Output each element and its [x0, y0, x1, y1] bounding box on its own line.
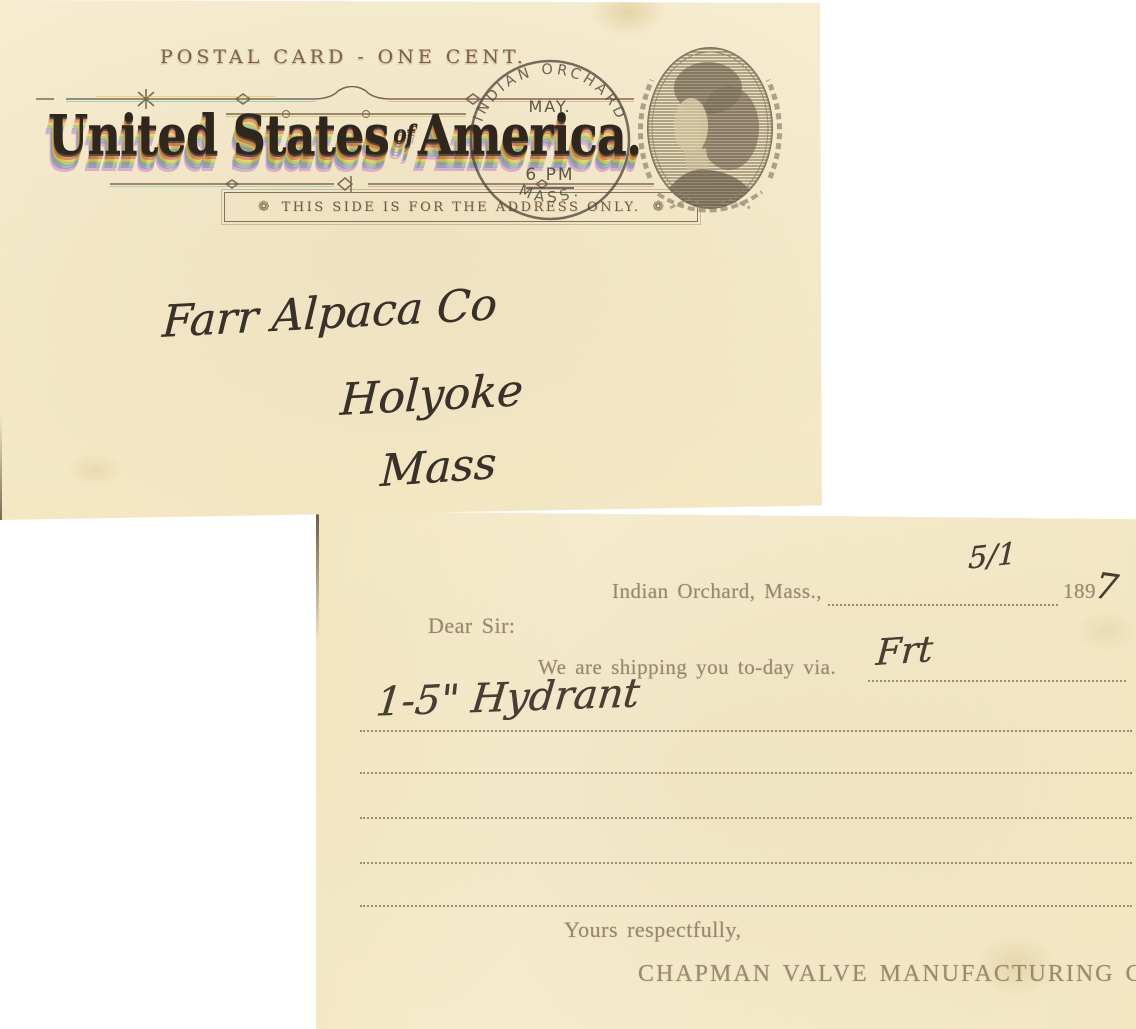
postal-card-message-side: Indian Orchard, Mass., 5/1 189 7 Dear Si…: [316, 511, 1136, 1029]
handwritten-city: Holyoke: [339, 365, 524, 426]
ruled-line: [360, 727, 1132, 732]
ruled-line: [360, 859, 1132, 864]
ruled-line: [360, 769, 1132, 774]
postmark-time: 6 PM: [525, 165, 574, 185]
jefferson-stamp-icon: [628, 36, 792, 230]
card-edge-shadow: [0, 415, 2, 520]
closing: Yours respectfully,: [564, 917, 742, 943]
company-signature: CHAPMAN VALVE MANUFACTURING CO.: [638, 961, 1136, 988]
handwritten-date: 5/1: [968, 536, 1017, 576]
postal-card-address-side: POSTAL CARD - ONE CENT. United StatesofA…: [0, 0, 822, 520]
title-united-states: United States: [48, 102, 389, 167]
ruled-line: [360, 902, 1132, 907]
card-edge-shadow: [316, 511, 319, 641]
indian-orchard-postmark-icon: INDIAN ORCHARD MAY. 6 PM MASS.: [462, 50, 638, 232]
handwritten-addressee: Farr Alpaca Co: [161, 279, 498, 348]
flower-ornament-left-icon: ❁: [258, 199, 270, 215]
title-of: of: [389, 119, 418, 148]
handwritten-carrier: Frt: [875, 629, 934, 674]
dateline-place: Indian Orchard, Mass.,: [612, 579, 822, 604]
dateline-dotted-rule: [828, 601, 1058, 606]
salutation: Dear Sir:: [428, 613, 516, 639]
via-dotted-rule: [868, 677, 1126, 682]
postmark-month: MAY.: [528, 97, 571, 116]
handwritten-year-digit: 7: [1092, 566, 1120, 610]
dateline-year-prefix: 189: [1063, 579, 1096, 604]
ruled-line: [360, 814, 1132, 819]
handwritten-state: Mass: [379, 438, 497, 497]
handwritten-shipped-item: 1-5" Hydrant: [374, 670, 642, 725]
